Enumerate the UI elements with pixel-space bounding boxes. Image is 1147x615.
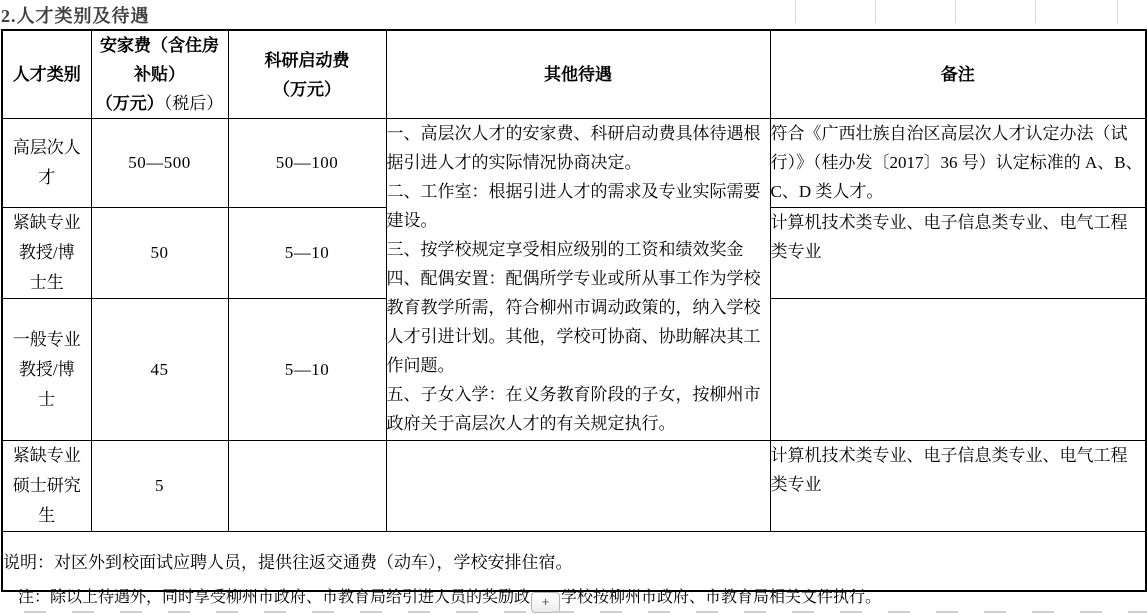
explanation-text: 说明：对区外到校面试应聘人员，提供往返交通费（动车），学校安排住宿。 <box>3 553 573 572</box>
document-page: 2.人才类别及待遇 人才类别 安家费（含住房 补贴） （万元）（税后） 科研启动… <box>0 0 1147 615</box>
header-cell-research-fund: 科研启动费 （万元） <box>228 30 386 119</box>
section-title: 2.人才类别及待遇 <box>1 2 150 28</box>
settling-fee-value: 45 <box>151 360 169 379</box>
research-fund-cell: 5—10 <box>228 299 386 441</box>
research-fund-cell: 5—10 <box>228 208 386 299</box>
header-remark-label: 备注 <box>941 65 975 84</box>
header-category-label: 人才类别 <box>13 65 81 84</box>
header-cell-settling-fee: 安家费（含住房 补贴） （万元）（税后） <box>91 30 228 119</box>
settling-fee-cell: 5 <box>91 441 228 532</box>
plus-button[interactable]: + <box>531 592 560 613</box>
settling-fee-value: 50 <box>151 243 169 262</box>
table-row: 紧缺专业 硕士研究 生 5 计算机技术类专业、电子信息类专业、电气工程 类专业 <box>2 441 1146 532</box>
category-text: 紧缺专业 硕士研究 生 <box>13 446 81 525</box>
header-cell-remark: 备注 <box>770 30 1146 119</box>
bottom-dashed-gridline <box>24 611 1147 613</box>
gridline-tick <box>1035 0 1036 23</box>
category-cell-shortage-master: 紧缺专业 硕士研究 生 <box>2 441 91 532</box>
header-other-treatment-label: 其他待遇 <box>544 65 612 84</box>
header-cell-category: 人才类别 <box>2 30 91 119</box>
other-treatment-text: 一、高层次人才的安家费、科研启动费具体待遇根 据引进人才的实际情况协商决定。 二… <box>387 124 761 433</box>
research-fund-cell-empty <box>228 441 386 532</box>
settling-fee-cell: 45 <box>91 299 228 441</box>
remark-cell-empty <box>770 299 1146 441</box>
research-fund-value: 50—100 <box>276 153 339 172</box>
category-cell-high-level: 高层次人 才 <box>2 119 91 208</box>
footnote-line: 注：除以上待遇外，同时享受柳州市政府、市教育局给引进人员的奖励政+学校按柳州市政… <box>18 588 881 613</box>
explanation-row: 说明：对区外到校面试应聘人员，提供往返交通费（动车），学校安排住宿。 <box>2 532 1146 591</box>
table-row: 高层次人 才 50—500 50—100 一、高层次人才的安家费、科研启动费具体… <box>2 119 1146 208</box>
gridline-tick <box>955 0 956 23</box>
category-text: 一般专业 教授/博 士 <box>13 330 81 409</box>
category-cell-shortage-professor: 紧缺专业 教授/博 士生 <box>2 208 91 299</box>
other-treatment-cell: 一、高层次人才的安家费、科研启动费具体待遇根 据引进人才的实际情况协商决定。 二… <box>386 119 770 441</box>
talent-benefits-table: 人才类别 安家费（含住房 补贴） （万元）（税后） 科研启动费 （万元） 其他待… <box>1 29 1147 592</box>
settling-fee-cell: 50—500 <box>91 119 228 208</box>
header-row: 人才类别 安家费（含住房 补贴） （万元）（税后） 科研启动费 （万元） 其他待… <box>2 30 1146 119</box>
remark-text: 符合《广西壮族自治区高层次人才认定办法（试 行）》（桂办发〔2017〕36 号）… <box>771 124 1143 201</box>
gridline-tick <box>795 0 796 23</box>
research-fund-value: 5—10 <box>285 243 330 262</box>
remark-text: 计算机技术类专业、电子信息类专业、电气工程 类专业 <box>771 213 1128 261</box>
remark-text: 计算机技术类专业、电子信息类专业、电气工程 类专业 <box>771 446 1128 494</box>
research-fund-value: 5—10 <box>285 360 330 379</box>
settling-fee-cell: 50 <box>91 208 228 299</box>
header-research-fund-label: 科研启动费 （万元） <box>265 51 350 99</box>
gridline-tick <box>1117 0 1118 23</box>
header-cell-other-treatment: 其他待遇 <box>386 30 770 119</box>
category-text: 高层次人 才 <box>13 138 81 187</box>
settling-fee-value: 5 <box>155 476 164 495</box>
category-text: 紧缺专业 教授/博 士生 <box>13 213 81 292</box>
footnote-text-before: 注：除以上待遇外，同时享受柳州市政府、市教育局给引进人员的奖励政 <box>18 589 530 606</box>
remark-cell: 符合《广西壮族自治区高层次人才认定办法（试 行）》（桂办发〔2017〕36 号）… <box>770 119 1146 208</box>
remark-cell: 计算机技术类专业、电子信息类专业、电气工程 类专业 <box>770 441 1146 532</box>
settling-fee-value: 50—500 <box>128 153 191 172</box>
remark-cell: 计算机技术类专业、电子信息类专业、电气工程 类专业 <box>770 208 1146 299</box>
other-treatment-cell-empty <box>386 441 770 532</box>
category-cell-general-professor: 一般专业 教授/博 士 <box>2 299 91 441</box>
research-fund-cell: 50—100 <box>228 119 386 208</box>
footnote-text-after: 学校按柳州市政府、市教育局相关文件执行。 <box>561 589 881 606</box>
header-settling-fee-aftertax-label: （税后） <box>164 94 224 113</box>
explanation-cell: 说明：对区外到校面试应聘人员，提供往返交通费（动车），学校安排住宿。 <box>2 532 1146 591</box>
gridline-tick <box>875 0 876 23</box>
